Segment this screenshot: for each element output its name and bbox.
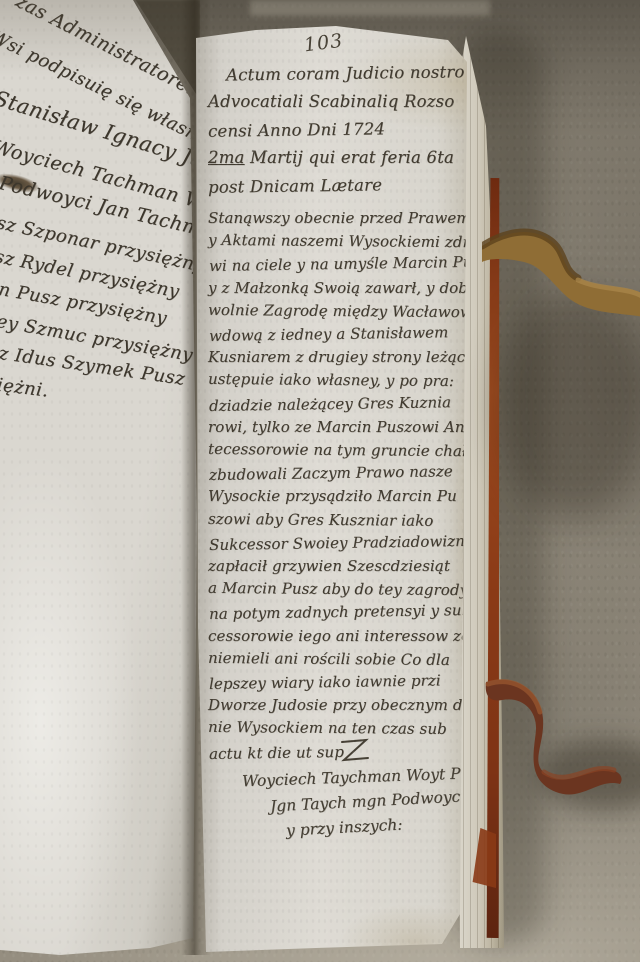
manuscript-line: actu kt die ut sup: [209, 739, 467, 766]
manuscript-line: dziadzie należącey Gres Kuznia: [209, 391, 467, 418]
pen-flourish: [338, 738, 372, 764]
manuscript-line: Kusniarem z drugiey strony leżącą: [208, 346, 466, 369]
date-rest: Martij qui erat feria 6ta: [245, 148, 455, 167]
manuscript-line: y Aktami naszemi Wysockiemi zdro: [208, 229, 466, 254]
act-signatures: Woyciech Taychman Woyt Praw: Jgn Taych m…: [208, 766, 466, 841]
signature-line: Jgn Taych mgn Podwoyci: [208, 784, 467, 822]
manuscript-line: Wysockie przysądziło Marcin Pu: [208, 485, 466, 508]
left-page: zas Administratorem Wsi podpisuię się wł…: [0, 0, 202, 962]
manuscript-line: ustępuie iako własney, y po pra:: [208, 368, 466, 393]
manuscript-line: zbudowali Zaczym Prawo nasze: [209, 460, 467, 487]
manuscript-line: Stanąwszy obecnie przed Prawem: [208, 207, 466, 230]
page-number: 103: [303, 30, 345, 57]
manuscript-line: Sukcessor Swoiey Pradziadowizny: [209, 530, 467, 557]
leather-tie-top: [482, 218, 640, 333]
manuscript-line: cessorowie iego ani interessow zeby: [208, 625, 466, 648]
act-heading: Actum coram Judicio nostro Advocatiali S…: [208, 60, 466, 200]
leather-tie-bottom: [478, 660, 628, 810]
manuscript-line: szowi aby Gres Kuszniar iako: [208, 508, 466, 533]
manuscript-line: Advocatiali Scabinaliq Rozso: [208, 88, 466, 116]
signature-line: orz Idus Szymek Pusz: [0, 340, 187, 390]
manuscript-line: censi Anno Dni 1724: [208, 114, 466, 146]
ink-blot: [0, 170, 41, 197]
signature-line: ciey Szmuc przysiężny: [0, 308, 195, 366]
manuscript-date-line: 2ma Martij qui erat feria 6ta: [208, 144, 466, 172]
manuscript-text-block: Actum coram Judicio nostro Advocatiali S…: [208, 60, 466, 841]
signature-line: Woyciech Taychman Woyt Praw:: [208, 761, 467, 795]
manuscript-photo: zas Administratorem Wsi podpisuię się wł…: [0, 0, 640, 962]
book-top-edge: [250, 0, 490, 16]
manuscript-line: na potym zadnych pretensyi y suk: [209, 599, 467, 626]
signature-line: asz Szponar przysiężny.: [0, 210, 211, 278]
signature-line: ysiężni.: [0, 372, 50, 402]
underlined-date: 2ma: [208, 148, 245, 167]
signature-line: cin Pusz przysiężny: [0, 276, 169, 329]
manuscript-line: nie Wysockiem na ten czas sub: [208, 716, 466, 741]
manuscript-line: wi na ciele y na umyśle Marcin Pusz: [209, 251, 467, 278]
signature-line: asz Rydel przysiężny: [0, 244, 181, 303]
manuscript-line: Dworze Judosie przy obecznym dru: [208, 694, 466, 717]
signature-line: y przy inszych:: [208, 809, 467, 847]
manuscript-line: zapłacił grzywien Szescdziesiąt: [208, 555, 466, 578]
manuscript-line: wdową z iedney a Stanisławem: [209, 321, 467, 348]
act-body: Stanąwszy obecnie przed Prawem y Aktami …: [208, 207, 466, 764]
manuscript-line: y z Małzonką Swoią zawarł, y dobro: [208, 277, 466, 300]
manuscript-line: a Marcin Pusz aby do tey zagrody: [208, 577, 466, 602]
manuscript-line: rowi, tylko ze Marcin Puszowi An: [208, 416, 466, 439]
manuscript-line: post Dnicam Lætare: [208, 170, 466, 202]
manuscript-line: lepszey wiary iako iawnie przi: [209, 669, 467, 696]
manuscript-line: wolnie Zagrodę między Wacławową: [208, 299, 466, 324]
manuscript-line: Actum coram Judicio nostro: [208, 58, 466, 90]
manuscript-line: tecessorowie na tym gruncie chałupę: [208, 438, 466, 463]
manuscript-line: niemieli ani rościli sobie Co dla: [208, 647, 466, 672]
right-page: 103 Actum coram Judicio nostro Advocatia…: [196, 26, 470, 952]
